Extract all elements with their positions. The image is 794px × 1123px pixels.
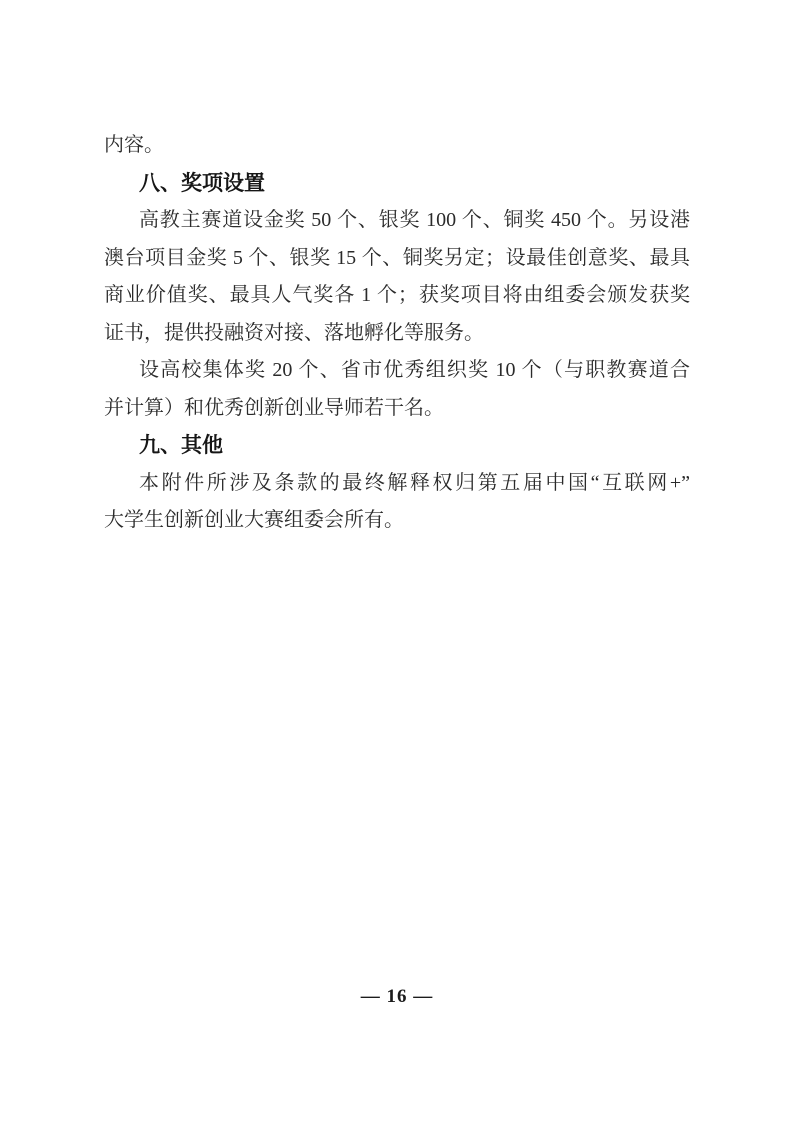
section-heading: 八、奖项设置 — [104, 165, 690, 203]
text-line: 高教主赛道设金奖 50 个、银奖 100 个、铜奖 450 个。另设港 — [104, 202, 690, 240]
text-line: 设高校集体奖 20 个、省市优秀组织奖 10 个（与职教赛道合 — [104, 352, 690, 390]
text-line: 内容。 — [104, 127, 690, 165]
section-heading: 九、其他 — [104, 427, 690, 465]
text-line: 商业价值奖、最具人气奖各 1 个；获奖项目将由组委会颁发获奖 — [104, 277, 690, 315]
text-line: 大学生创新创业大赛组委会所有。 — [104, 502, 690, 540]
page-footer: — 16 — — [0, 986, 794, 1008]
text-line: 并计算）和优秀创新创业导师若干名。 — [104, 390, 690, 428]
document-body: 内容。八、奖项设置高教主赛道设金奖 50 个、银奖 100 个、铜奖 450 个… — [104, 127, 690, 540]
document-page: 内容。八、奖项设置高教主赛道设金奖 50 个、银奖 100 个、铜奖 450 个… — [0, 0, 794, 1123]
page-number: — 16 — — [361, 986, 434, 1007]
text-line: 澳台项目金奖 5 个、银奖 15 个、铜奖另定；设最佳创意奖、最具 — [104, 240, 690, 278]
text-line: 证书，提供投融资对接、落地孵化等服务。 — [104, 315, 690, 353]
text-line: 本附件所涉及条款的最终解释权归第五届中国“互联网+” — [104, 465, 690, 503]
